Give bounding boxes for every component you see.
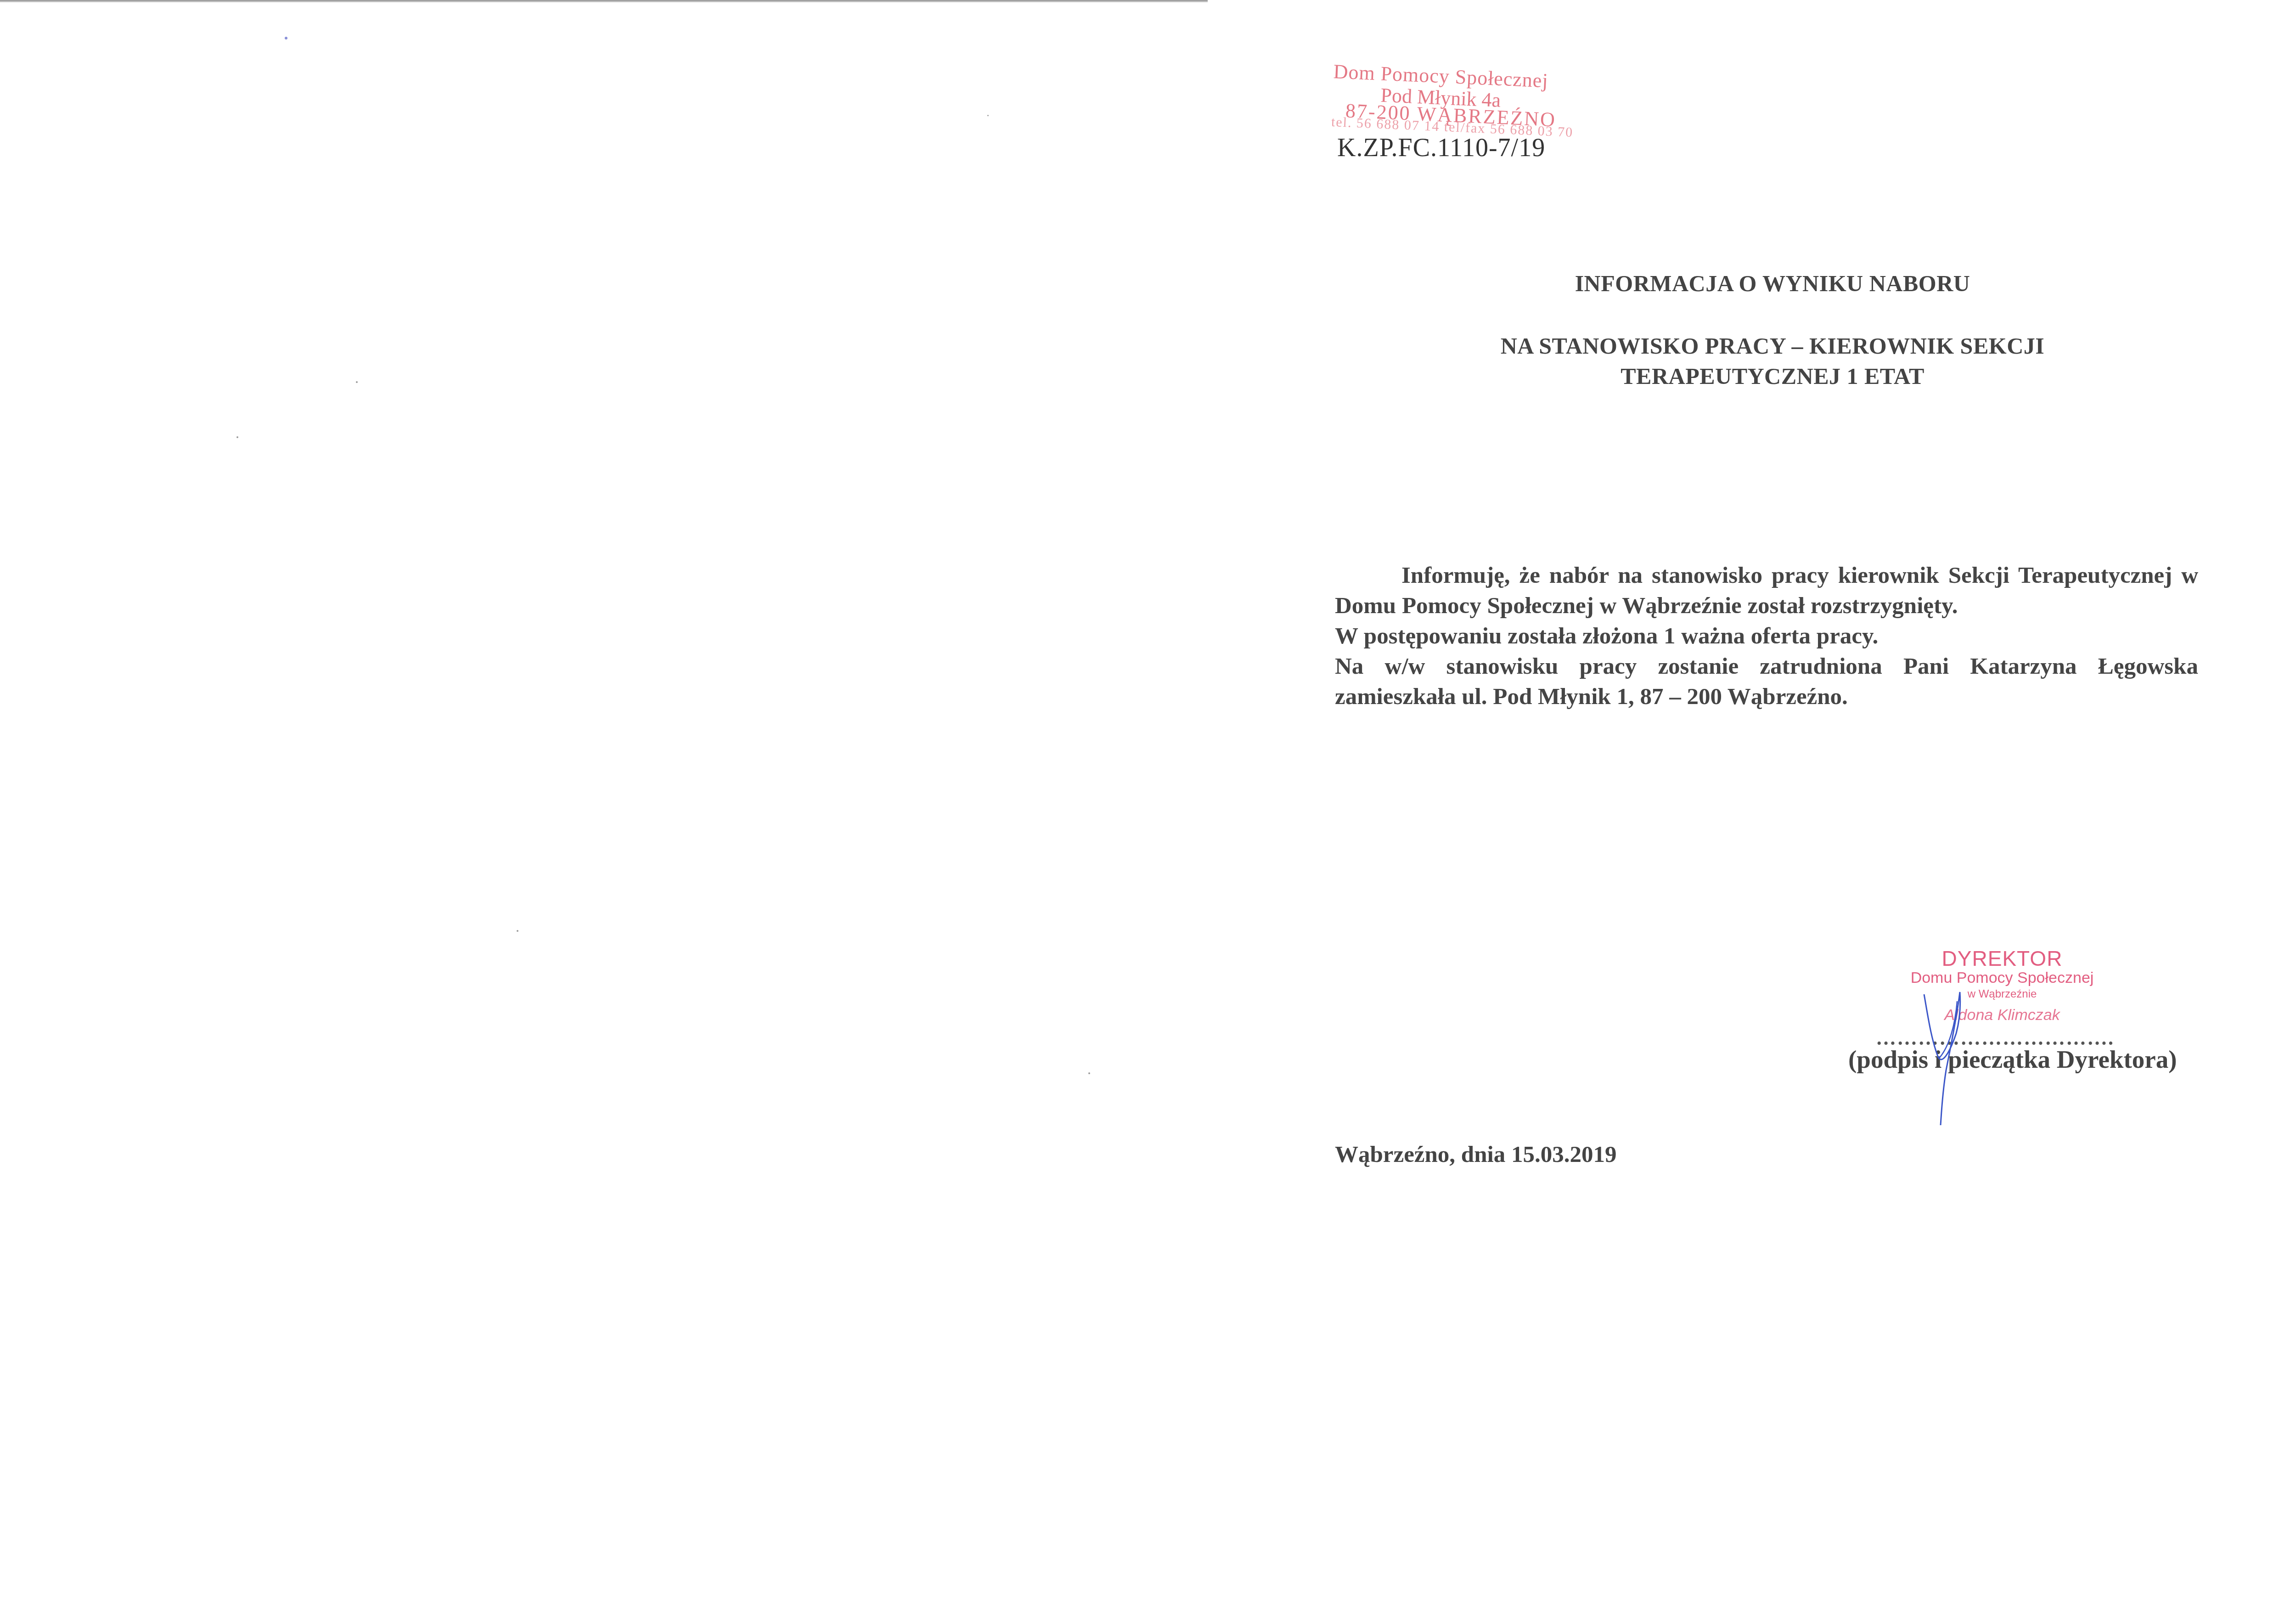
blank-left-page [0, 0, 1208, 1612]
subtitle-line: TERAPEUTYCZNEJ 1 ETAT [1322, 361, 2223, 391]
document-page [1208, 0, 2296, 1612]
document-title: INFORMACJA O WYNIKU NABORU [1322, 270, 2223, 297]
body-paragraph: Na w/w stanowisku pracy zostanie zatrudn… [1335, 651, 2198, 712]
scan-speck [987, 115, 989, 116]
scan-speck [236, 436, 238, 438]
scan-speck [517, 930, 518, 932]
scan-speck [356, 381, 358, 383]
institution-stamp: Dom Pomocy Społecznej Pod Młynik 4a 87-2… [1331, 60, 1604, 142]
date-line: Wąbrzeźno, dnia 15.03.2019 [1335, 1141, 1616, 1168]
document-subtitle: NA STANOWISKO PRACY – KIEROWNIK SEKCJI T… [1322, 331, 2223, 391]
body-paragraph: W postępowaniu została złożona 1 ważna o… [1335, 621, 2198, 651]
handwritten-signature [1906, 960, 1975, 1125]
scan-speck [1088, 1072, 1090, 1074]
scan-top-edge [0, 0, 1208, 2]
signature-caption: (podpis i pieczątka Dyrektora) [1848, 1045, 2177, 1074]
subtitle-line: NA STANOWISKO PRACY – KIEROWNIK SEKCJI [1322, 331, 2223, 361]
body-text: Informuję, że nabór na stanowisko pracy … [1335, 560, 2198, 712]
scan-speck [285, 37, 287, 39]
body-paragraph: Informuję, że nabór na stanowisko pracy … [1335, 560, 2198, 621]
reference-number: K.ZP.FC.1110-7/19 [1337, 133, 1545, 163]
